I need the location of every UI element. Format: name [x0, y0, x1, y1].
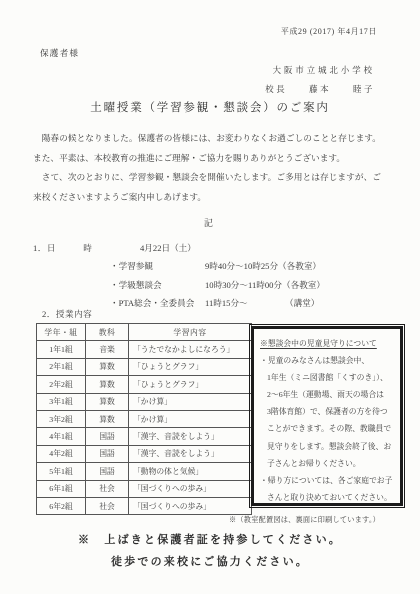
table-cell-content: 「漢字、音読をしよう」: [129, 428, 252, 445]
watch-box-line: 2～6年生（運動場、雨天の場合は: [260, 386, 395, 403]
table-header-subject: 教科: [86, 324, 129, 341]
table-row: 6年2組 社会 「国づくりへの歩み」: [37, 497, 252, 514]
table-cell-grade: 2年1組: [37, 358, 86, 375]
table-cell-grade: 6年2組: [37, 497, 86, 514]
table-cell-subject: 算数: [86, 358, 129, 375]
school-notice-document: 平成29 (2017) 年4月17日 保護者様 大阪市立城北小学校 校長 藤本 …: [0, 0, 420, 594]
schedule-item: ・学級懇談会10時30分～11時00分（各教室）: [110, 276, 325, 294]
table-row: 1年1組 音楽 「うたでなかよしになろう」: [37, 341, 252, 358]
table-cell-content: 「国づくりへの歩み」: [129, 480, 252, 497]
table-header-content: 学習内容: [129, 324, 252, 341]
principal-name: 校長 藤本 睦子: [265, 83, 375, 95]
table-cell-grade: 2年2組: [37, 376, 86, 393]
table-row: 2年2組 算数 「ひょうとグラフ」: [37, 376, 252, 393]
table-cell-content: 「ひょうとグラフ」: [129, 358, 252, 375]
watch-box-line: ことができます。その際、教職員で: [260, 420, 395, 437]
table-cell-subject: 算数: [86, 393, 129, 410]
schedule-item: ・学習参観9時40分～10時25分（各教室）: [110, 257, 325, 275]
schedule-heading-row: 1．日 時4月22日（土）: [33, 239, 325, 257]
table-row: 4年2組 国語 「漢字、音読をしよう」: [37, 445, 252, 462]
table-row: 4年1組 国語 「漢字、音読をしよう」: [37, 428, 252, 445]
table-cell-grade: 1年1組: [37, 341, 86, 358]
schedule-item-label: ・学習参観: [110, 257, 205, 275]
ki-mark: 記: [0, 216, 420, 229]
table-cell-content: 「かけ算」: [129, 410, 252, 427]
schedule-item: ・PTA総会・全委員会11時15分～（講堂）: [110, 294, 325, 312]
watch-box-line: 3階体育館）で、保護者の方を待つ: [260, 403, 395, 420]
table-cell-grade: 4年1組: [37, 428, 86, 445]
table-cell-subject: 社会: [86, 480, 129, 497]
footer-note-slippers: ※ 上ばきと保護者証を持参してください。: [0, 531, 420, 547]
schedule-date: 4月22日（土）: [140, 243, 196, 253]
child-watch-info-box: ※懇談会中の児童見守りについて ・児童のみなさんは懇談会中、 1年生（ミニ図書館…: [251, 326, 403, 506]
table-row: 6年1組 社会 「国づくりへの歩み」: [37, 480, 252, 497]
watch-box-line: 子さんとお帰りください。: [260, 455, 395, 472]
schedule-section: 1．日 時4月22日（土） ・学習参観9時40分～10時25分（各教室） ・学級…: [33, 239, 325, 313]
table-row: 5年1組 国語 「動物の体と気候」: [37, 463, 252, 480]
table-cell-subject: 音楽: [86, 341, 129, 358]
schedule-item-time: 10時30分～11時00分（各教室）: [205, 280, 325, 290]
schedule-item-time: 11時15分～: [205, 294, 285, 312]
table-row: 3年2組 算数 「かけ算」: [37, 410, 252, 427]
watch-box-line: ・帰り方については、各ご家庭でお子: [260, 472, 395, 489]
lessons-table: 学年・組 教科 学習内容 1年1組 音楽 「うたでなかよしになろう」 2年1組 …: [36, 323, 252, 515]
schedule-item-place: （講堂）: [285, 298, 319, 308]
table-cell-content: 「国づくりへの歩み」: [129, 497, 252, 514]
table-cell-grade: 6年1組: [37, 480, 86, 497]
greeting-body: 陽春の候となりました。保護者の皆様には、お変わりなくお過ごしのことと存じます。ま…: [33, 129, 381, 207]
table-cell-grade: 3年2組: [37, 410, 86, 427]
classroom-map-note: ※（教室配置図は、裏面に印刷しています。）: [229, 515, 380, 525]
greeting-paragraph-2: さて、次のとおりに、学習参観・懇談会を開催いたします。ご多用とは存じますが、ご来…: [33, 168, 381, 207]
schedule-item-label: ・学級懇談会: [110, 276, 205, 294]
sender-block: 大阪市立城北小学校 校長 藤本 睦子: [265, 64, 375, 95]
table-cell-content: 「漢字、音読をしよう」: [129, 445, 252, 462]
watch-box-line: 1年生（ミニ図書館「くすのき」）、: [260, 369, 395, 386]
table-cell-content: 「かけ算」: [129, 393, 252, 410]
table-header-grade: 学年・組: [37, 324, 86, 341]
watch-box-line: 見守りをします。懇談会終了後、お: [260, 438, 395, 455]
table-cell-grade: 5年1組: [37, 463, 86, 480]
issue-date: 平成29 (2017) 年4月17日: [281, 26, 377, 37]
watch-box-line: さんと取り決めておいてください。: [260, 489, 395, 506]
table-cell-subject: 国語: [86, 428, 129, 445]
table-header-row: 学年・組 教科 学習内容: [37, 324, 252, 341]
school-name: 大阪市立城北小学校: [265, 64, 375, 76]
table-cell-grade: 3年1組: [37, 393, 86, 410]
table-cell-subject: 国語: [86, 463, 129, 480]
table-cell-content: 「ひょうとグラフ」: [129, 376, 252, 393]
watch-box-title: ※懇談会中の児童見守りについて: [260, 335, 395, 352]
document-title: 土曜授業（学習参観・懇談会）のご案内: [0, 99, 420, 115]
watch-box-line: ・児童のみなさんは懇談会中、: [260, 352, 395, 369]
table-row: 3年1組 算数 「かけ算」: [37, 393, 252, 410]
table-cell-subject: 算数: [86, 376, 129, 393]
schedule-item-time: 9時40分～10時25分（各教室）: [205, 261, 321, 271]
schedule-heading: 1．日 時: [33, 239, 140, 257]
table-cell-content: 「うたでなかよしになろう」: [129, 341, 252, 358]
table-cell-grade: 4年2組: [37, 445, 86, 462]
table-cell-subject: 国語: [86, 445, 129, 462]
table-row: 2年1組 算数 「ひょうとグラフ」: [37, 358, 252, 375]
schedule-item-label: ・PTA総会・全委員会: [110, 294, 205, 312]
lessons-heading: 2．授業内容: [42, 308, 92, 320]
greeting-paragraph-1: 陽春の候となりました。保護者の皆様には、お変わりなくお過ごしのことと存じます。ま…: [33, 129, 381, 168]
table-cell-content: 「動物の体と気候」: [129, 463, 252, 480]
table-cell-subject: 社会: [86, 497, 129, 514]
table-cell-subject: 算数: [86, 410, 129, 427]
footer-note-walking: 徒歩での来校にご協力ください。: [0, 553, 420, 569]
recipient-label: 保護者様: [40, 47, 79, 59]
